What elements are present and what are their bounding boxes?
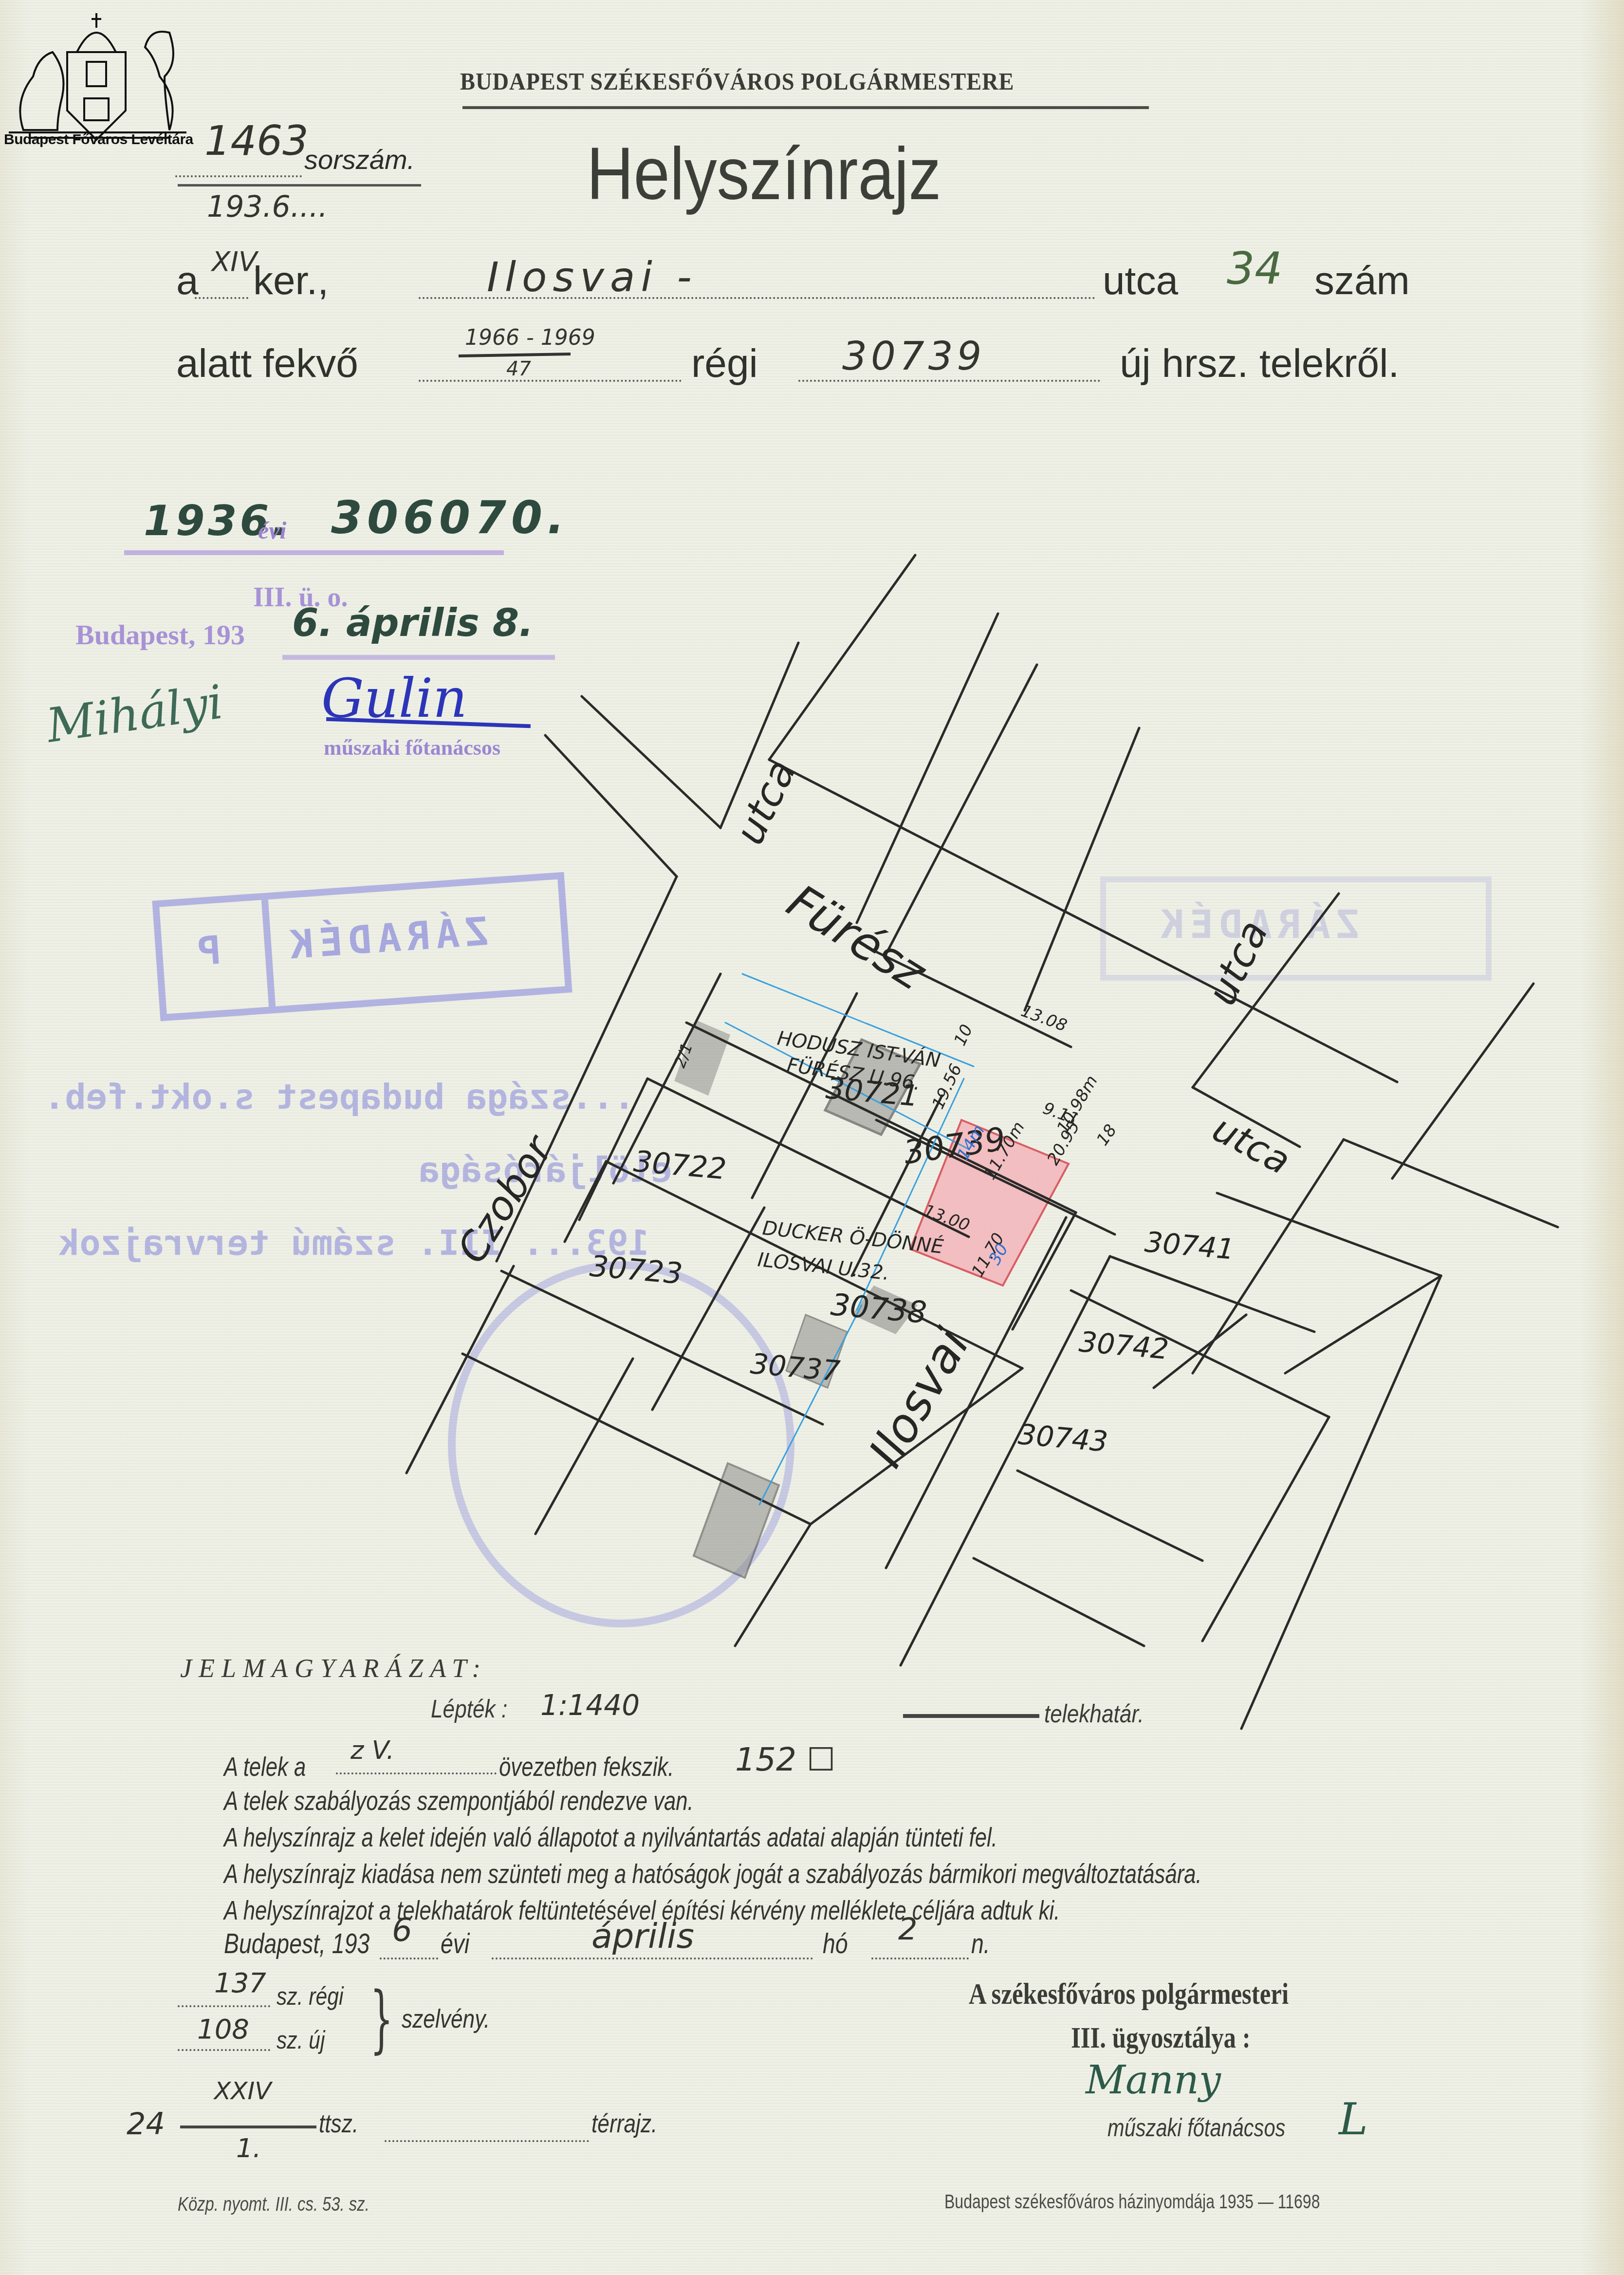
legend-title: JELMAGYARÁZAT: [180,1653,487,1683]
issue-year-digit: 6 [392,1911,412,1949]
legend-line-3: A helyszínrajz kiadása nem szünteti meg … [224,1858,1202,1889]
parcel-boundary [545,735,677,876]
sheet-group-label: szelvény. [402,2004,490,2034]
parcel-boundary [565,1161,606,1242]
parcel-number: 30743 [1017,1417,1109,1458]
terrajz-label: térrajz. [591,2108,657,2139]
zone-dots [336,1772,497,1774]
office-line-2: III. ügyosztálya : [1071,2021,1251,2055]
building-corner [694,1463,779,1578]
issue-ho-label: hó [823,1927,848,1960]
street-label-czobor: Czobor [448,1127,563,1271]
parcel-boundary [1392,984,1533,1178]
parcel-boundary [1241,1276,1441,1729]
map-sheet-fraction-bar [180,2126,316,2128]
sheet-new-label: sz. új [277,2026,325,2055]
sheet-old-value: 137 [214,1967,266,1999]
parcel-boundary [901,1256,1110,1665]
ttsz-dots [385,2140,589,2142]
dimension-label: 18 [1093,1121,1121,1149]
boundary-label: telekhatár. [1044,1699,1144,1729]
issue-evi-label: évi [441,1927,469,1960]
issue-day-dots [871,1958,969,1959]
issue-day: 2 [898,1911,917,1947]
issue-n-label: n. [971,1927,990,1960]
issue-place: Budapest, 193 [224,1927,369,1960]
legend-line-1: A telek szabályozás szempontjából rendez… [224,1785,694,1816]
parcel-boundary [582,696,720,828]
footer-printer: Budapest székesfőváros házinyomdája 1935… [944,2191,1320,2213]
boundary-line-sample [903,1714,1039,1718]
ttsz-label: ttsz. [319,2108,358,2139]
footer-print-code: Közp. nyomt. III. cs. 53. sz. [178,2194,369,2216]
parcel-boundary [652,1208,764,1410]
area-value: 152 ☐ [735,1741,835,1778]
scale-value: 1:1440 [540,1689,640,1722]
street-label-utca-upper: utca [726,753,805,852]
sheet-new-value: 108 [197,2014,249,2045]
parcel-boundary [1344,1139,1558,1227]
office-line-1: A székesfőváros polgármesteri [969,1977,1289,2012]
issue-month-dots [492,1958,813,1959]
zone-value: z V. [351,1736,394,1765]
street-label-utca-right: utca [1199,914,1277,1012]
map-sheet-bottom: 1. [236,2133,261,2163]
parcel-boundary [1285,1276,1441,1373]
dimension-label: 13.08 [1018,1001,1070,1036]
parcel-number: 30738 [830,1287,928,1330]
zone-suffix: övezetben fekszik. [499,1751,674,1782]
parcel-boundary [1217,1193,1441,1276]
scale-label: Lépték : [431,1695,507,1724]
parcel-boundary [1110,1256,1314,1332]
parcel-boundary [1025,728,1139,1010]
office-title: műszaki főtanácsos [1107,2113,1285,2143]
street-label-utca-far-right: utca [1206,1106,1298,1183]
parcel-boundary [501,1271,823,1424]
parcel-boundary [1017,1471,1202,1561]
street-label-ilosvai: Ilosvai [858,1320,980,1476]
office-signature: Manny [1086,2057,1221,2103]
office-initial: L [1339,2094,1368,2145]
parcel-boundary [974,1558,1144,1646]
issue-month: április [591,1916,694,1956]
issue-year-dots [380,1958,438,1959]
street-label-furesz: Fürész [778,874,936,1001]
parcel-number: 30723 [589,1249,684,1291]
parcel-boundary [1202,1417,1329,1641]
parcel-number: 30741 [1144,1225,1236,1266]
zone-prefix: A telek a [224,1751,306,1782]
sheet-old-label: sz. régi [277,1982,343,2011]
brace-icon: } [370,1977,393,2062]
map-sheet-left: 24 [127,2106,165,2142]
sheet-new-dots [178,2049,270,2051]
owner-note-ducker: ILOSVAI U.32. [757,1249,890,1285]
sheet-old-dots [178,2005,270,2007]
legend-line-2: A helyszínrajz a kelet idején való állap… [224,1821,997,1853]
map-sheet-top: XXIV [214,2077,271,2105]
dimension-label: 10 [950,1022,977,1049]
parcel-boundary [535,1359,633,1534]
